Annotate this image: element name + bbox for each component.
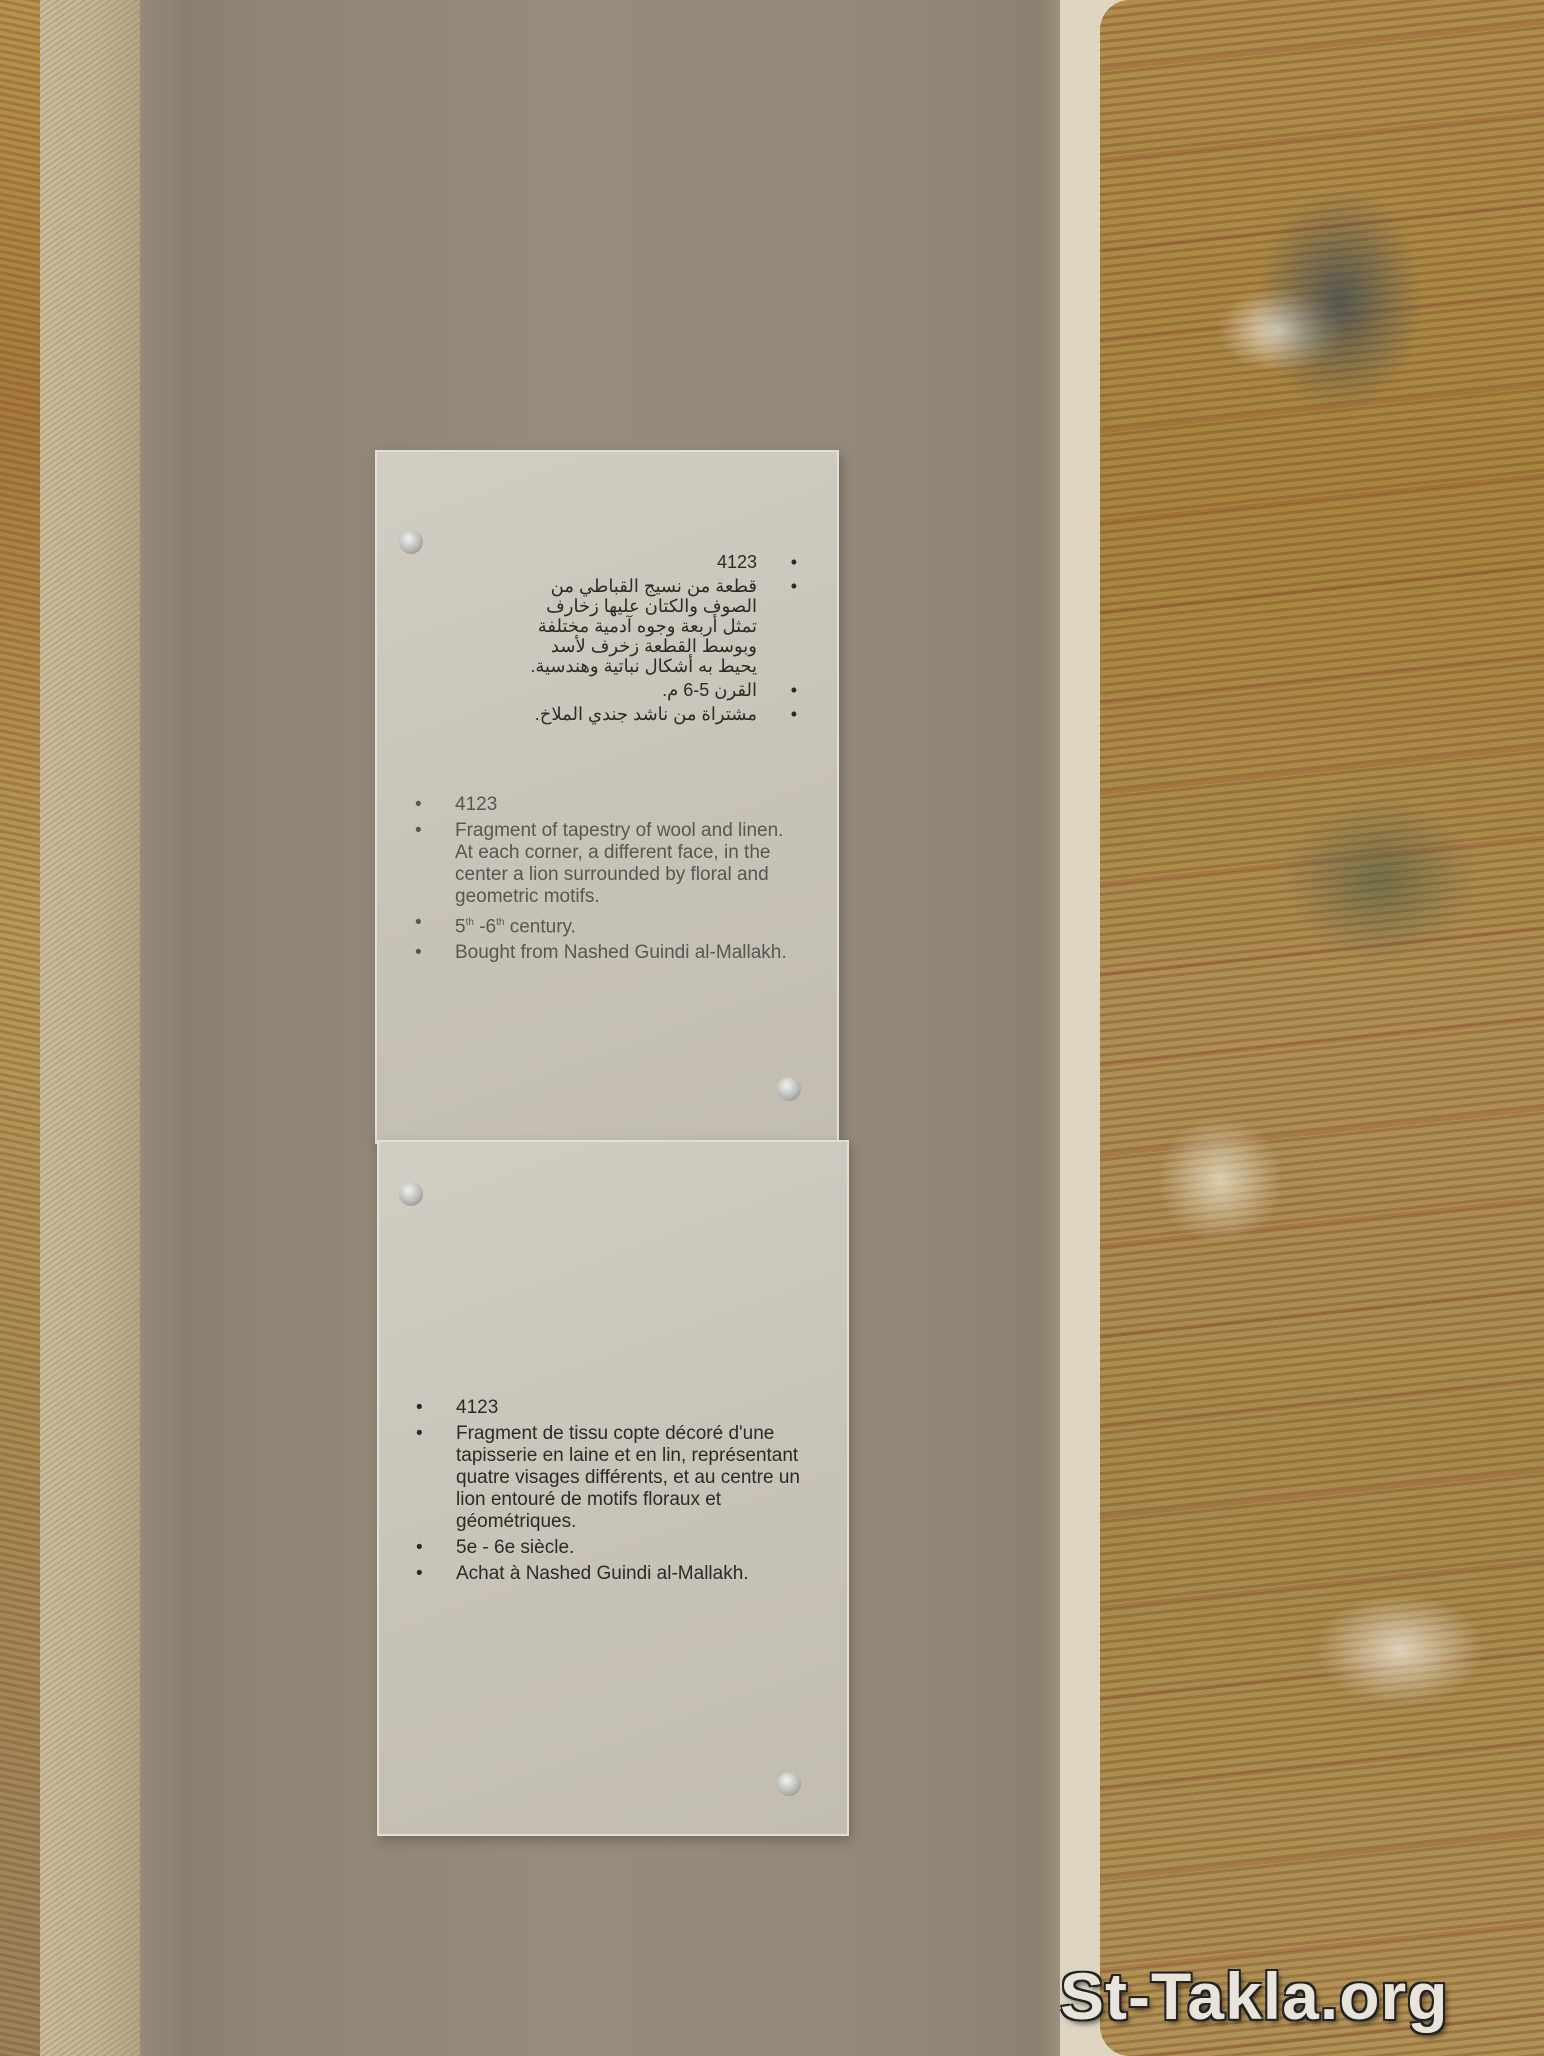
screw-icon [399, 530, 423, 554]
label-plaque-top: 4123 قطعة من نسيج القباطي من الصوف والكت… [375, 450, 839, 1144]
watermark-logo: St-Takla.org [1060, 1958, 1449, 2034]
arabic-item-date: القرن 5-6 م. [527, 680, 797, 700]
screw-icon [777, 1077, 801, 1101]
english-item-number: 4123 [415, 794, 795, 816]
english-item-date: 5th -6th century. [415, 912, 795, 938]
right-tapestry-fragment [1100, 0, 1544, 2056]
arabic-label: 4123 قطعة من نسيج القباطي من الصوف والكت… [527, 552, 797, 728]
english-item-provenance: Bought from Nashed Guindi al-Mallakh. [415, 942, 795, 964]
french-item-date: 5e - 6e siècle. [416, 1537, 816, 1559]
arabic-item-description: قطعة من نسيج القباطي من الصوف والكتان عل… [527, 576, 797, 676]
english-label: 4123 Fragment of tapestry of wool and li… [415, 794, 795, 968]
french-item-description: Fragment de tissu copte décoré d'une tap… [416, 1423, 816, 1533]
english-item-description: Fragment of tapestry of wool and linen. … [415, 820, 795, 908]
arabic-item-provenance: مشتراة من ناشد جندي الملاخ. [527, 704, 797, 724]
screw-icon [399, 1182, 423, 1206]
left-wall-shadow [140, 0, 230, 2056]
left-linen-mount [40, 0, 140, 2056]
screw-icon [777, 1772, 801, 1796]
french-item-number: 4123 [416, 1397, 816, 1419]
arabic-item-number: 4123 [527, 552, 797, 572]
french-item-provenance: Achat à Nashed Guindi al-Mallakh. [416, 1563, 816, 1585]
label-plaque-bottom: 4123 Fragment de tissu copte décoré d'un… [377, 1140, 849, 1836]
french-label: 4123 Fragment de tissu copte décoré d'un… [416, 1397, 816, 1589]
